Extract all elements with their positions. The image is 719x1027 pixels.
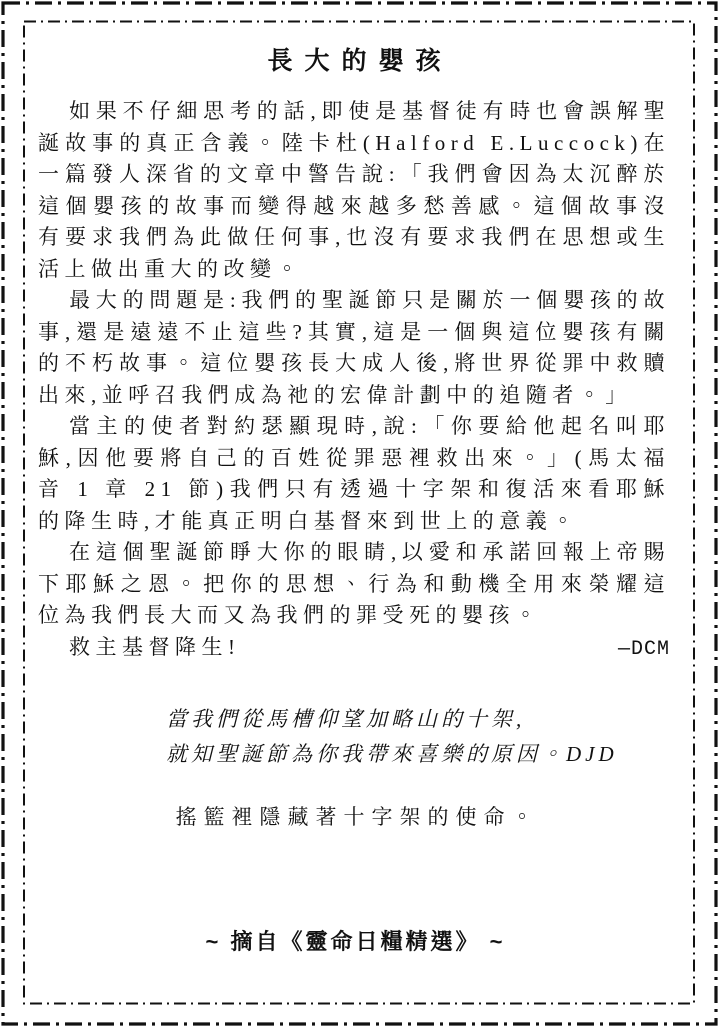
- paragraph-1: 如果不仔細思考的話,即使是基督徒有時也會誤解聖誕故事的真正含義。陸卡杜(Half…: [38, 96, 670, 285]
- poem: 當我們從馬槽仰望加略山的十架, 就知聖誕節為你我帶來喜樂的原因。DJD: [166, 702, 670, 772]
- poem-line-2: 就知聖誕節為你我帶來喜樂的原因。DJD: [166, 737, 670, 772]
- source-attribution: ~ 摘自《靈命日糧精選》 ~: [38, 928, 670, 956]
- closing-text: 救主基督降生!: [69, 632, 241, 664]
- document-page: 長大的嬰孩 如果不仔細思考的話,即使是基督徒有時也會誤解聖誕故事的真正含義。陸卡…: [0, 0, 719, 1027]
- article-title: 長大的嬰孩: [38, 46, 670, 78]
- motto-line: 搖籃裡隱藏著十字架的使命。: [38, 802, 670, 834]
- paragraph-4: 在這個聖誕節睜大你的眼睛,以愛和承諾回報上帝賜下耶穌之恩。把你的思想、行為和動機…: [38, 537, 670, 632]
- poem-line-1: 當我們從馬槽仰望加略山的十架,: [166, 702, 670, 737]
- closing-author-initials: —DCM: [618, 634, 670, 666]
- closing-line: 救主基督降生! —DCM: [38, 632, 670, 666]
- article: 長大的嬰孩 如果不仔細思考的話,即使是基督徒有時也會誤解聖誕故事的真正含義。陸卡…: [38, 46, 670, 956]
- paragraph-2: 最大的問題是:我們的聖誕節只是關於一個嬰孩的故事,還是遠遠不止這些?其實,這是一…: [38, 285, 670, 411]
- paragraph-3: 當主的使者對約瑟顯現時,說:「你要給他起名叫耶穌,因他要將自己的百姓從罪惡裡救出…: [38, 411, 670, 537]
